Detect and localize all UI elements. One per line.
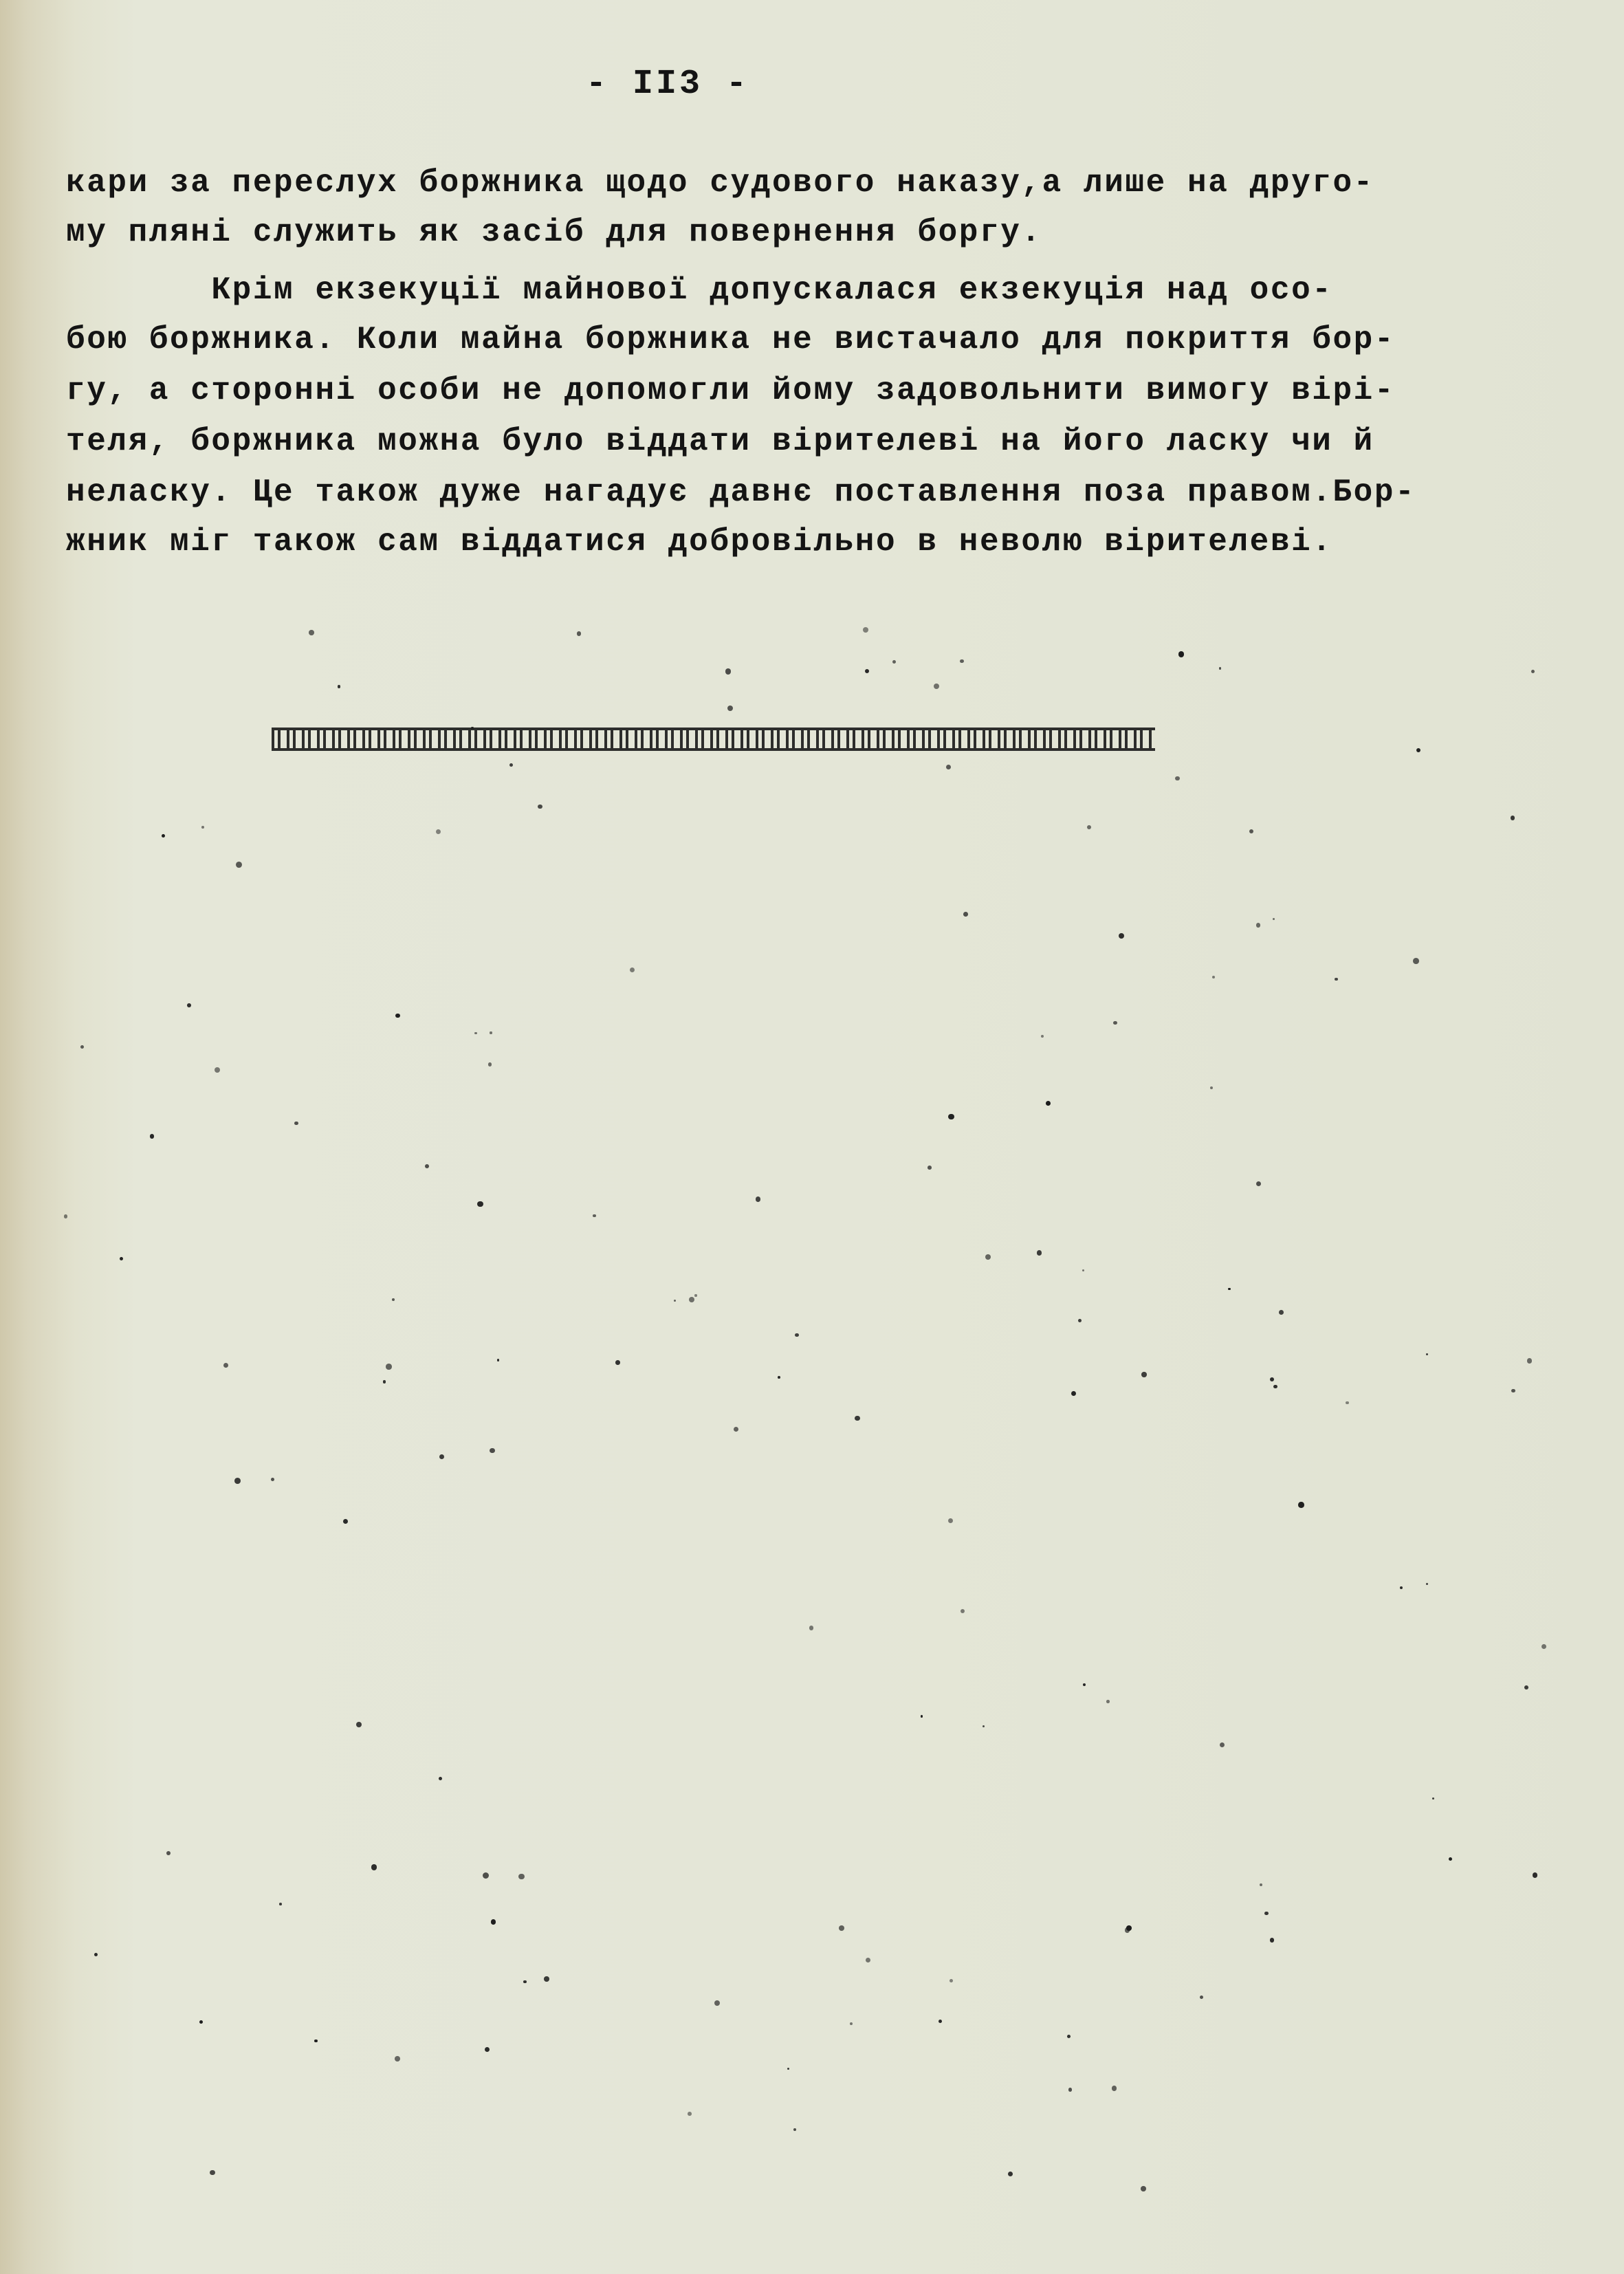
paper-speck: [1083, 1683, 1086, 1686]
paper-speck: [1264, 1912, 1269, 1916]
paper-speck: [688, 2112, 692, 2116]
text-line: гу, а сторонні особи не допомогли йому з…: [66, 370, 1395, 411]
paper-speck: [939, 2020, 943, 2024]
paper-speck: [236, 862, 242, 868]
paper-speck: [1335, 978, 1337, 981]
paper-speck: [1178, 651, 1184, 657]
paper-speck: [674, 1300, 676, 1302]
paper-speck: [787, 2068, 789, 2070]
paper-speck: [215, 1067, 220, 1073]
paper-speck: [863, 627, 868, 633]
paper-speck: [199, 2020, 203, 2024]
paper-speck: [150, 1134, 155, 1139]
paper-speck: [474, 1032, 477, 1035]
paper-speck: [1113, 1021, 1117, 1025]
paper-speck: [839, 1925, 844, 1931]
paper-speck: [714, 2000, 720, 2006]
paper-speck: [271, 1478, 274, 1481]
paper-speck: [1256, 1181, 1261, 1186]
paper-speck: [1219, 667, 1222, 670]
paper-speck: [1046, 1101, 1051, 1106]
paper-speck: [948, 1518, 953, 1523]
paper-speck: [497, 1359, 500, 1362]
paper-speck: [1413, 958, 1419, 964]
paper-speck: [727, 706, 734, 712]
paper-speck: [1212, 976, 1215, 979]
paper-speck: [1449, 1857, 1452, 1861]
paper-speck: [392, 1298, 395, 1301]
paper-speck: [395, 2056, 400, 2062]
paper-speck: [166, 1851, 171, 1855]
paper-speck: [1082, 1269, 1084, 1271]
paper-speck: [960, 659, 963, 663]
paper-speck: [538, 805, 542, 809]
paper-speck: [1175, 776, 1180, 781]
paper-speck: [518, 1874, 524, 1879]
paper-speck: [490, 1448, 494, 1453]
page-number: - II3 -: [586, 65, 749, 104]
paper-speck: [279, 1903, 282, 1905]
paper-speck: [1141, 2186, 1146, 2191]
text-line: жник міг також сам віддатися добровільно…: [66, 521, 1332, 562]
paper-speck: [223, 1363, 228, 1368]
paper-speck: [1087, 825, 1091, 829]
paper-speck: [866, 1958, 870, 1963]
paper-speck: [1270, 1938, 1275, 1943]
paper-speck: [491, 1919, 496, 1924]
paper-speck: [1432, 1797, 1434, 1800]
paper-speck: [1067, 2035, 1071, 2038]
scanned-page: - II3 - кари за переслух боржника щодо с…: [0, 0, 1624, 2274]
paper-speck: [983, 1725, 985, 1727]
paper-speck: [439, 1777, 442, 1780]
paper-speck: [734, 1427, 738, 1432]
paper-speck: [1200, 1996, 1203, 1999]
paper-speck: [436, 829, 441, 834]
paper-speck: [1106, 1700, 1110, 1703]
paper-speck: [1533, 1872, 1537, 1877]
paper-speck: [1273, 918, 1275, 920]
paper-speck: [1220, 1742, 1225, 1747]
paper-speck: [1141, 1372, 1146, 1377]
paper-speck: [961, 1609, 965, 1613]
paper-speck: [985, 1254, 991, 1260]
paper-speck: [1298, 1502, 1304, 1508]
paper-speck: [1511, 1389, 1515, 1392]
paper-speck: [439, 1454, 444, 1459]
paper-speck: [425, 1164, 429, 1168]
paper-speck: [314, 2040, 318, 2043]
paper-speck: [865, 669, 869, 673]
paper-speck: [1524, 1685, 1528, 1690]
paper-speck: [615, 1360, 619, 1364]
paper-speck: [1511, 816, 1515, 820]
paper-speck: [1426, 1353, 1428, 1355]
paper-speck: [210, 2170, 215, 2176]
paper-speck: [509, 763, 513, 767]
paper-speck: [1346, 1401, 1349, 1405]
paper-speck: [1249, 829, 1253, 833]
paper-speck: [577, 631, 582, 636]
paper-speck: [383, 1380, 386, 1383]
paper-speck: [963, 912, 968, 917]
paper-speck: [855, 1416, 859, 1421]
paper-speck: [1426, 1583, 1428, 1585]
paper-speck: [309, 630, 314, 635]
paper-speck: [395, 1014, 399, 1018]
paper-speck: [187, 1003, 191, 1007]
paper-speck: [1008, 2172, 1013, 2177]
paper-speck: [234, 1478, 241, 1484]
paper-speck: [795, 1333, 799, 1337]
paper-speck: [1273, 1385, 1277, 1388]
paper-speck: [294, 1122, 298, 1125]
paper-speck: [725, 668, 732, 675]
paper-speck: [892, 660, 896, 664]
paper-speck: [1112, 2086, 1117, 2091]
paper-speck: [488, 1062, 492, 1067]
paper-speck: [950, 1979, 953, 1982]
paper-speck: [948, 1114, 954, 1120]
paper-speck: [356, 1722, 362, 1727]
paper-speck: [921, 1715, 923, 1718]
paper-speck: [1068, 2088, 1072, 2091]
text-line: Крім екзекуції майнової допускалася екзе…: [66, 270, 1332, 311]
paper-speck: [490, 1031, 492, 1034]
paper-speck: [694, 1294, 696, 1296]
paper-speck: [756, 1196, 760, 1201]
paper-speck: [1416, 748, 1420, 752]
text-line: неласку. Це також дуже нагадує давнє пос…: [66, 472, 1416, 513]
paper-speck: [64, 1214, 67, 1218]
paper-speck: [544, 1976, 549, 1982]
paper-speck: [201, 826, 204, 829]
paper-speck: [934, 684, 940, 690]
paper-speck: [1260, 1883, 1262, 1886]
paper-speck: [1531, 670, 1535, 673]
paper-speck: [1210, 1086, 1213, 1089]
text-line: кари за переслух боржника щодо судового …: [66, 162, 1374, 204]
typed-separator-line: [272, 728, 1155, 751]
paper-speck: [928, 1166, 932, 1170]
paper-speck: [793, 2128, 796, 2131]
paper-speck: [1527, 1358, 1533, 1364]
paper-speck: [162, 834, 165, 838]
paper-speck: [343, 1519, 348, 1524]
paper-speck: [689, 1297, 694, 1302]
paper-speck: [778, 1376, 780, 1379]
paper-speck: [483, 1872, 489, 1879]
paper-speck: [386, 1364, 392, 1370]
paper-speck: [1078, 1319, 1082, 1322]
paper-speck: [946, 765, 951, 769]
paper-speck: [1071, 1391, 1076, 1396]
paper-speck: [1037, 1250, 1042, 1256]
text-line: теля, боржника можна було віддати вірите…: [66, 421, 1374, 462]
paper-speck: [809, 1626, 813, 1630]
paper-speck: [1541, 1644, 1546, 1649]
paper-speck: [1126, 1925, 1132, 1931]
paper-speck: [80, 1045, 84, 1049]
paper-speck: [1041, 1035, 1044, 1038]
paper-speck: [850, 2022, 853, 2025]
paper-speck: [477, 1201, 483, 1207]
paper-speck: [338, 685, 341, 688]
paper-speck: [593, 1214, 595, 1217]
text-line: бою боржника. Коли майна боржника не вис…: [66, 319, 1395, 360]
paper-speck: [1228, 1288, 1230, 1290]
paper-speck: [1256, 923, 1260, 927]
paper-speck: [1270, 1377, 1274, 1381]
paper-speck: [485, 2047, 490, 2052]
paper-speck: [371, 1864, 377, 1870]
paper-speck: [94, 1953, 98, 1956]
paper-speck: [523, 1980, 526, 1983]
paper-speck: [120, 1257, 123, 1260]
paper-speck: [630, 967, 635, 972]
paper-speck: [1400, 1586, 1403, 1589]
paper-speck: [1119, 933, 1124, 939]
text-line: му пляні служить як засіб для повернення…: [66, 212, 1042, 253]
paper-speck: [1279, 1310, 1284, 1315]
